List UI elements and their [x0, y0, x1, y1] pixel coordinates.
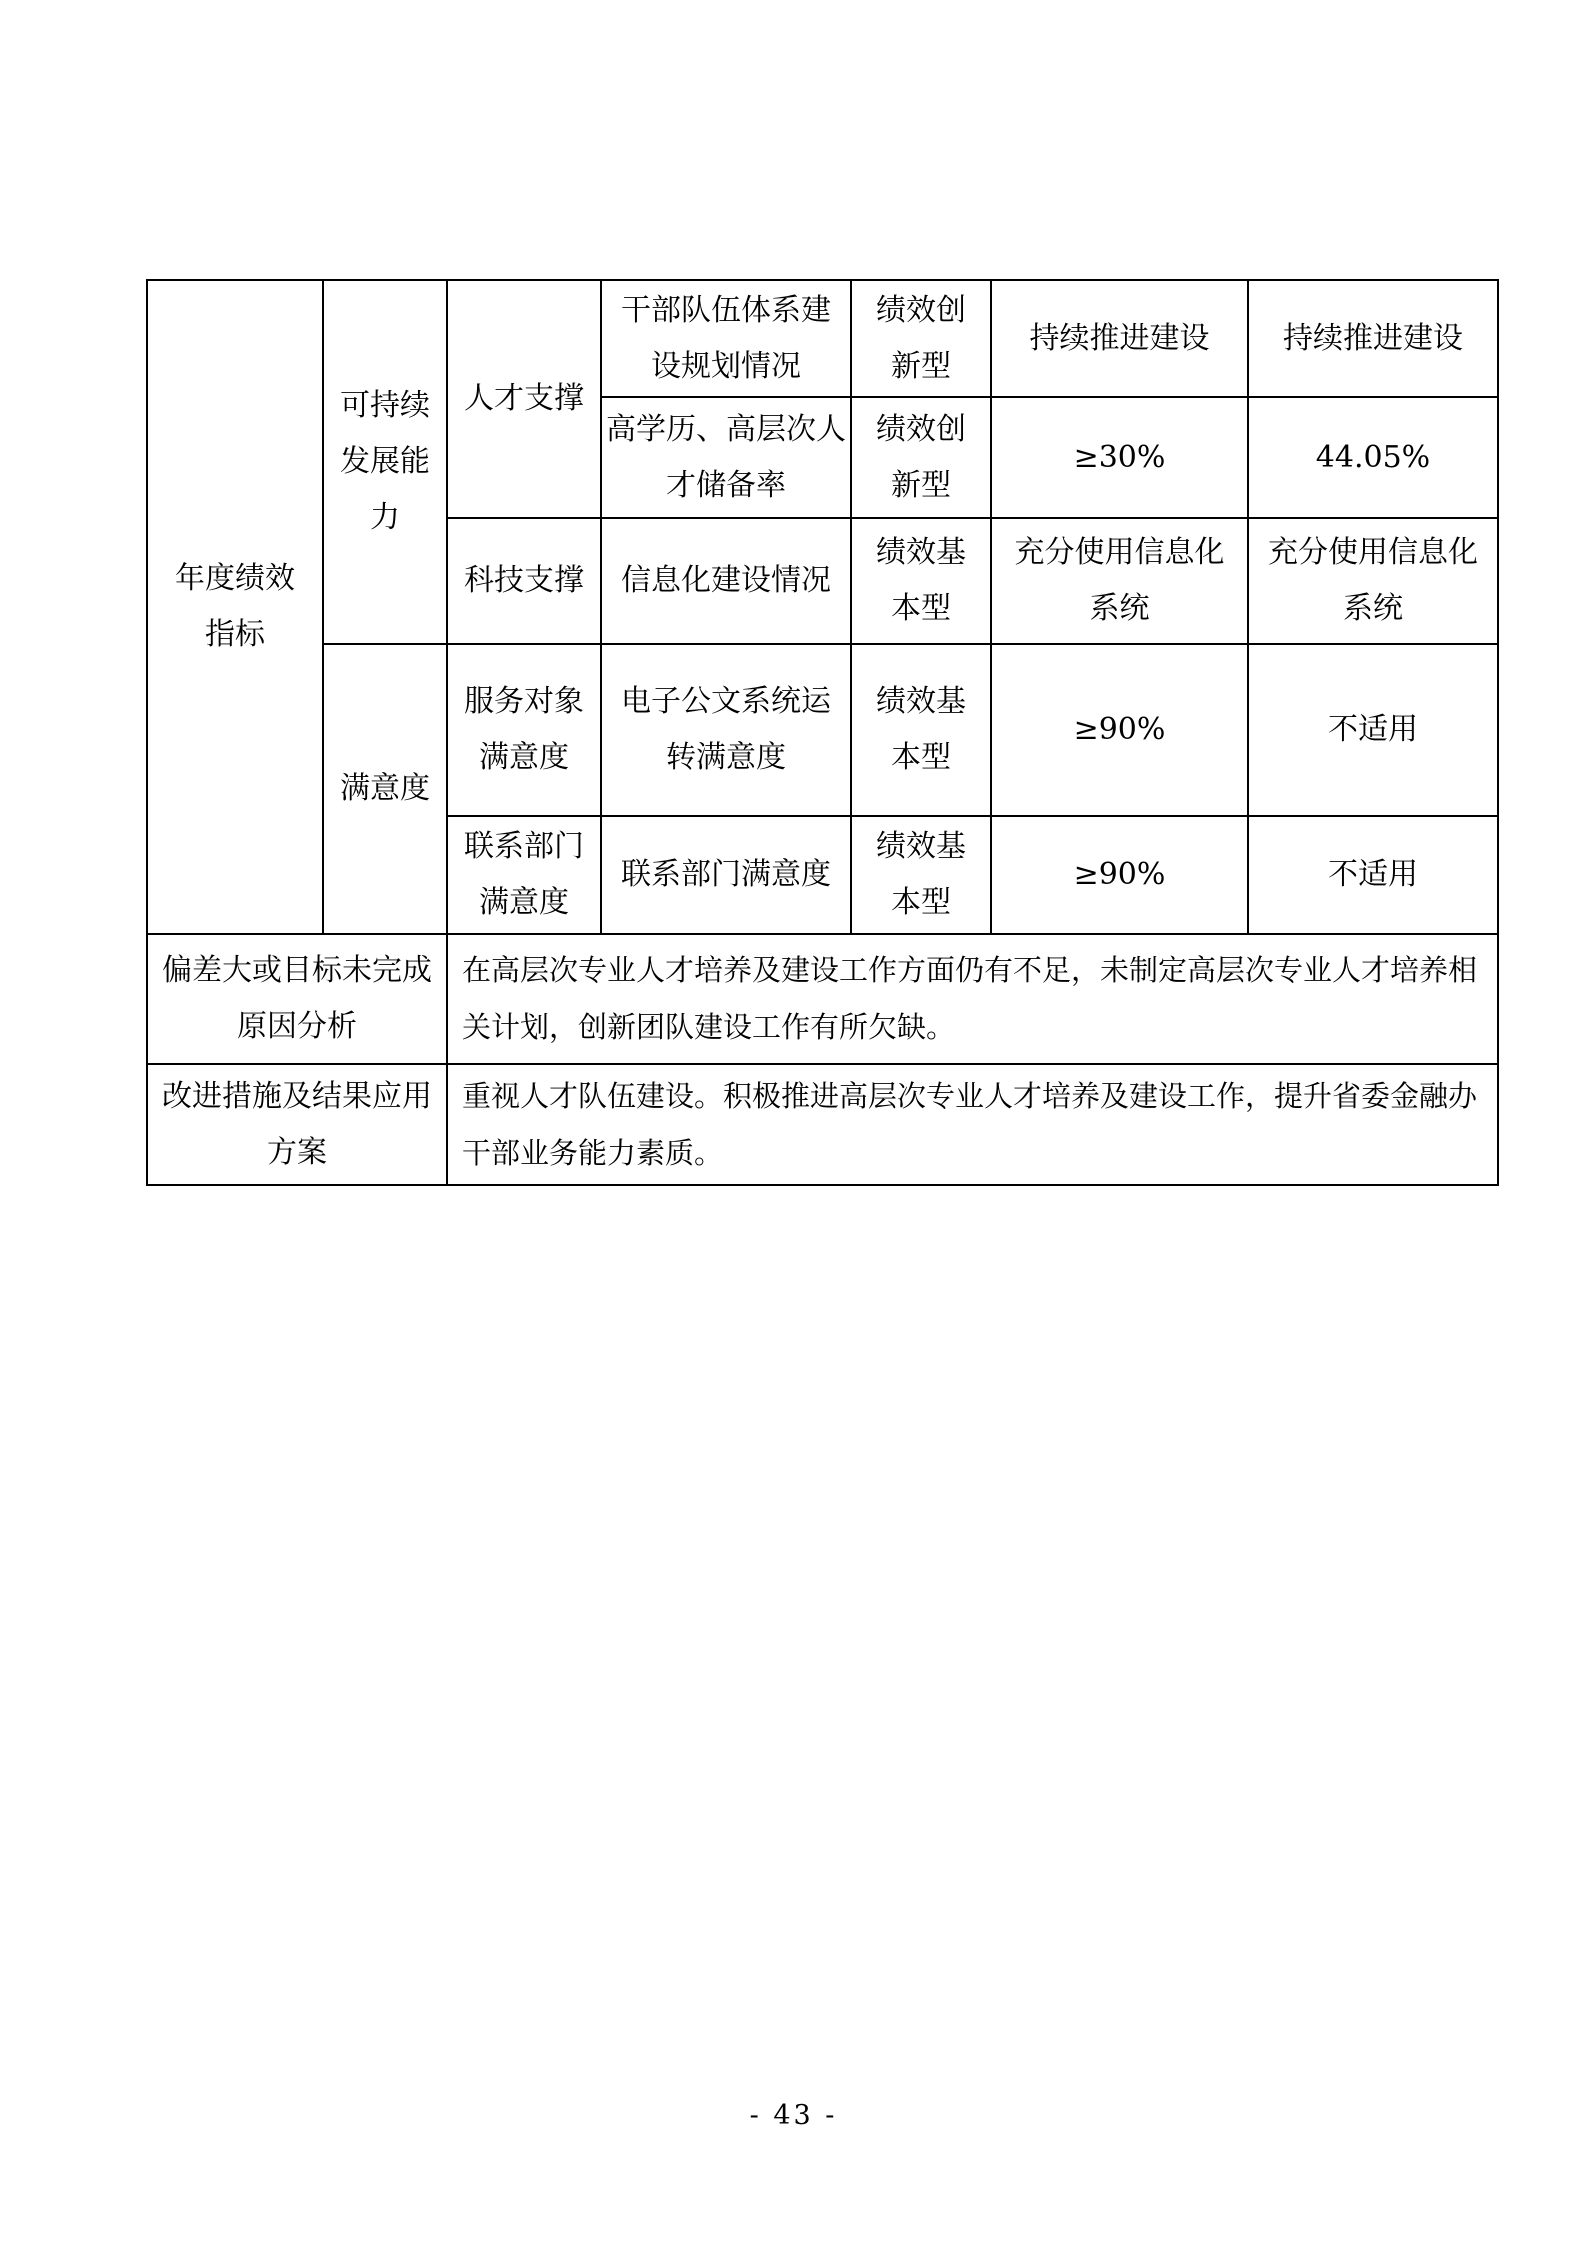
annual-indicators-label: 年度绩效 指标 [147, 280, 323, 934]
indicator-type-cell: 绩效基 本型 [851, 518, 991, 644]
capability-group-cell: 可持续 发展能 力 [323, 280, 447, 644]
indicator-target-cell: 充分使用信息化 系统 [991, 518, 1248, 644]
page-number: - 43 - [0, 2100, 1587, 2131]
indicator-actual-cell: 不适用 [1248, 644, 1498, 816]
indicator-name-cell: 干部队伍体系建 设规划情况 [601, 280, 851, 397]
indicator-type-cell: 绩效创 新型 [851, 397, 991, 518]
talent-support-cell: 人才支撑 [447, 280, 601, 518]
indicator-name-cell: 高学历、高层次人 才储备率 [601, 397, 851, 518]
performance-indicator-table: 年度绩效 指标 可持续 发展能 力 人才支撑 干部队伍体系建 设规划情况 绩效创… [146, 279, 1499, 1186]
document-page: { "document": { "page_number": "- 43 -" … [0, 0, 1587, 2245]
indicator-target-cell: ≥90% [991, 816, 1248, 934]
indicator-name-cell: 电子公文系统运 转满意度 [601, 644, 851, 816]
indicator-actual-cell: 44.05% [1248, 397, 1498, 518]
indicator-target-cell: ≥90% [991, 644, 1248, 816]
service-satisfaction-cell: 服务对象 满意度 [447, 644, 601, 816]
improvement-label-cell: 改进措施及结果应用 方案 [147, 1064, 447, 1185]
indicator-actual-cell: 不适用 [1248, 816, 1498, 934]
indicator-name-cell: 信息化建设情况 [601, 518, 851, 644]
indicator-target-cell: 持续推进建设 [991, 280, 1248, 397]
deviation-content-cell: 在高层次专业人才培养及建设工作方面仍有不足，未制定高层次专业人才培养相 关计划，… [447, 934, 1498, 1064]
tech-support-cell: 科技支撑 [447, 518, 601, 644]
dept-satisfaction-cell: 联系部门 满意度 [447, 816, 601, 934]
indicator-type-cell: 绩效基 本型 [851, 816, 991, 934]
indicator-target-cell: ≥30% [991, 397, 1248, 518]
satisfaction-group-cell: 满意度 [323, 644, 447, 934]
indicator-actual-cell: 持续推进建设 [1248, 280, 1498, 397]
deviation-label-cell: 偏差大或目标未完成 原因分析 [147, 934, 447, 1064]
indicator-name-cell: 联系部门满意度 [601, 816, 851, 934]
indicator-type-cell: 绩效基 本型 [851, 644, 991, 816]
indicator-actual-cell: 充分使用信息化 系统 [1248, 518, 1498, 644]
improvement-content-cell: 重视人才队伍建设。积极推进高层次专业人才培养及建设工作，提升省委金融办 干部业务… [447, 1064, 1498, 1185]
indicator-type-cell: 绩效创 新型 [851, 280, 991, 397]
